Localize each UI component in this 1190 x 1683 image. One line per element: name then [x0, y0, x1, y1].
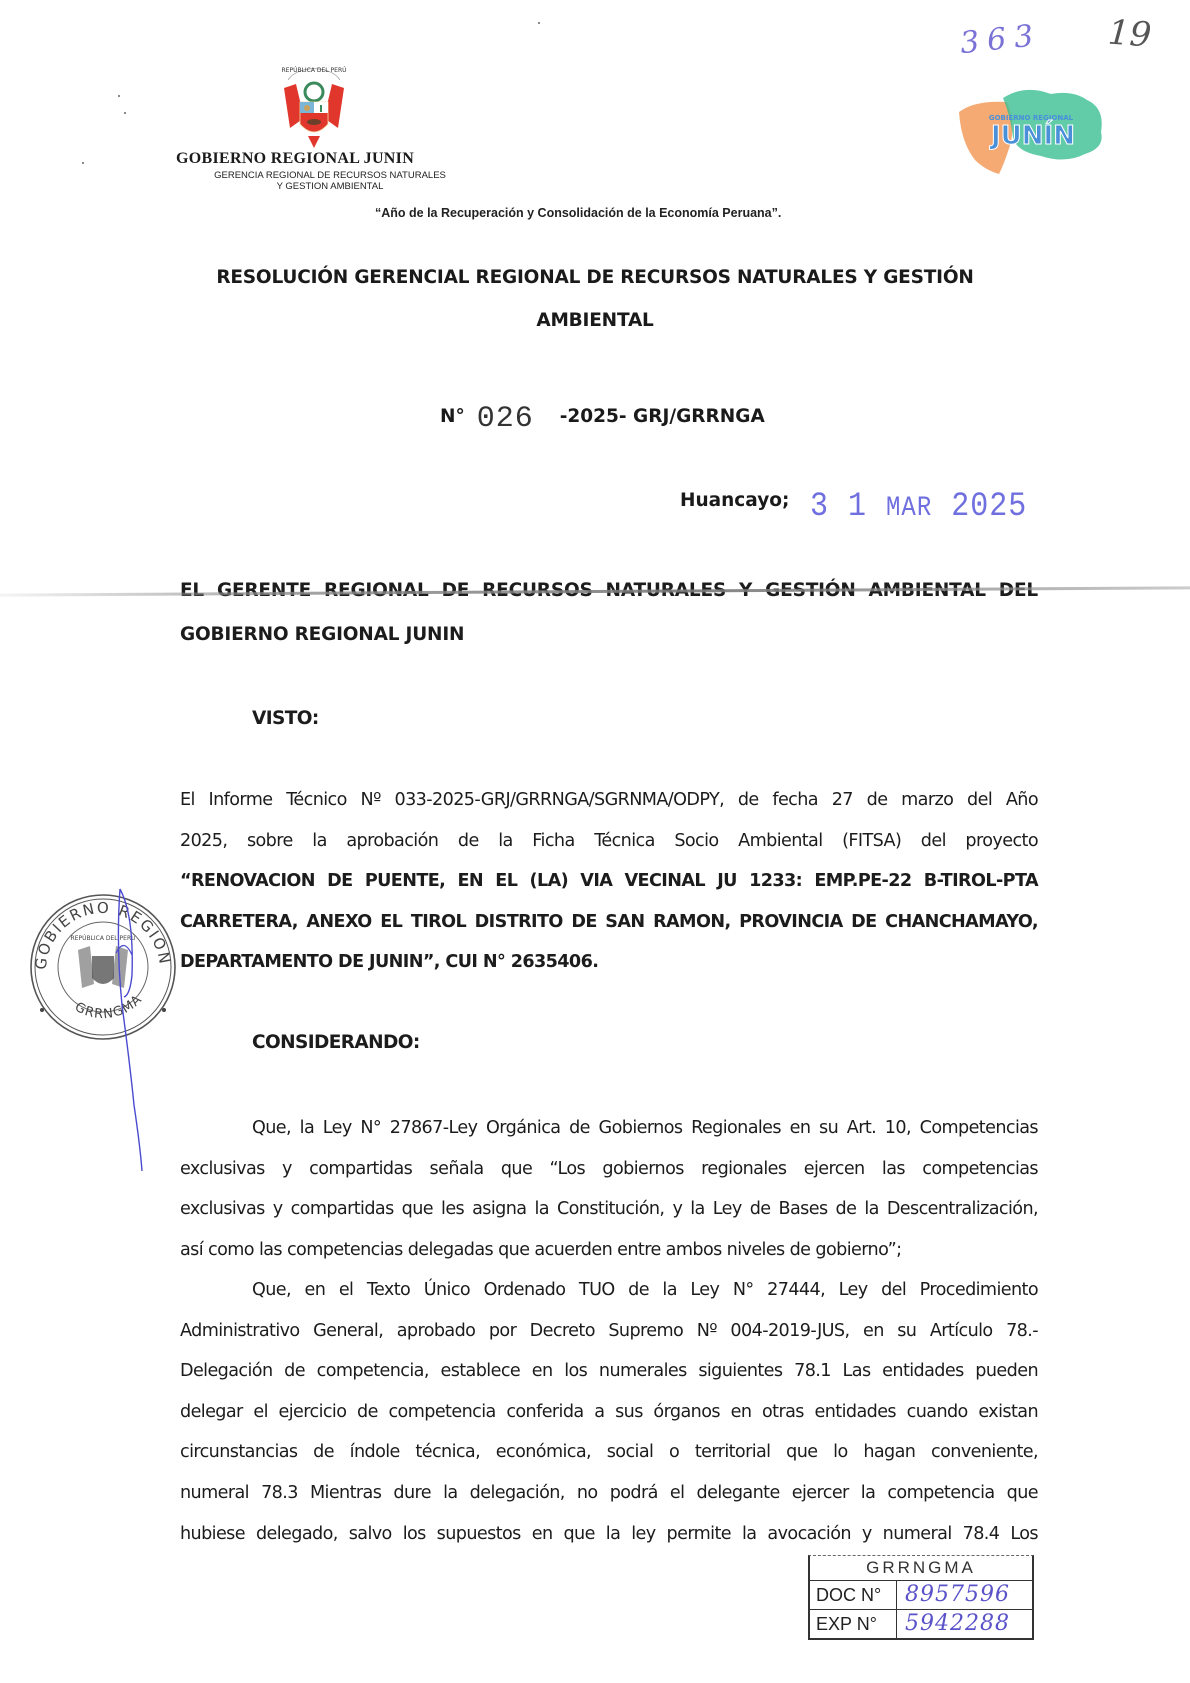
visto-paragraph: El Informe Técnico Nº 033-2025-GRJ/GRRNG…	[180, 780, 1038, 983]
junin-region-logo: GOBIERNO REGIONAL JUNÍN	[955, 82, 1115, 182]
considerando-heading: CONSIDERANDO:	[252, 1032, 420, 1053]
exp-number-value: 5942288	[897, 1610, 1032, 1638]
resolution-number-stamp: 026	[477, 402, 534, 436]
registry-stamp-office: GRRNGMA	[810, 1556, 1032, 1581]
date-year: 2025	[951, 487, 1027, 526]
handwritten-folio-number: 363	[958, 18, 1042, 61]
visto-line-project: “RENOVACION DE PUENTE, EN EL (LA) VIA VE…	[180, 861, 1038, 902]
official-seal-icon: GOBIERNO REGIONAL JUNIN GRRNGMA REPÚBLIC…	[28, 892, 178, 1042]
considerando-line: Administrativo General, aprobado por Dec…	[180, 1311, 1038, 1352]
considerando-line: exclusivas y compartidas señala que “Los…	[180, 1149, 1038, 1190]
considerando-line: así como las competencias delegadas que …	[180, 1230, 1038, 1271]
date-day: 3 1	[810, 487, 867, 526]
resolution-number: N°026-2025- GRJ/GRRNGA	[440, 398, 765, 432]
scan-speck	[82, 162, 84, 164]
scan-speck	[124, 112, 126, 114]
handwritten-page-number: 19	[1107, 13, 1153, 56]
date-month: MAR	[886, 493, 932, 524]
resolution-title-line-2: AMBIENTAL	[0, 310, 1190, 331]
exp-number-label: EXP N°	[810, 1610, 897, 1638]
signature-pen-stroke	[112, 885, 152, 1175]
registry-stamp-doc-row: DOC N° 8957596	[810, 1581, 1032, 1610]
registry-stamp-exp-row: EXP N° 5942288	[810, 1610, 1032, 1638]
visto-line: 2025, sobre la aprobación de la Ficha Té…	[180, 821, 1038, 862]
svg-text:REPÚBLICA DEL PERÚ: REPÚBLICA DEL PERÚ	[281, 67, 346, 74]
considerando-line: numeral 78.3 Mientras dure la delegación…	[180, 1473, 1038, 1514]
considerando-line: delegar el ejercicio de competencia conf…	[180, 1392, 1038, 1433]
organization-name: GOBIERNO REGIONAL JUNIN	[176, 150, 476, 168]
date-stamp: 3 1 MAR 2025	[810, 487, 1027, 526]
considerando-line: hubiese delegado, salvo los supuestos en…	[180, 1514, 1038, 1555]
issuer-line-2: GOBIERNO REGIONAL JUNIN	[180, 624, 464, 645]
doc-number-value: 8957596	[897, 1581, 1032, 1609]
considerando-line: exclusivas y compartidas que les asigna …	[180, 1189, 1038, 1230]
department-line-2: Y GESTION AMBIENTAL	[200, 181, 460, 192]
registry-stamp: GRRNGMA DOC N° 8957596 EXP N° 5942288	[808, 1555, 1034, 1640]
city-label: Huancayo;	[680, 490, 789, 511]
department-name: GERENCIA REGIONAL DE RECURSOS NATURALES …	[200, 170, 460, 192]
resolution-number-suffix: -2025- GRJ/GRRNGA	[560, 406, 765, 427]
scan-speck	[538, 22, 540, 24]
considerando-line: Que, en el Texto Único Ordenado TUO de l…	[180, 1270, 1038, 1311]
peru-coat-of-arms-icon: REPÚBLICA DEL PERÚ	[278, 58, 350, 154]
visto-line: El Informe Técnico Nº 033-2025-GRJ/GRRNG…	[180, 780, 1038, 821]
scan-speck	[118, 95, 120, 97]
considerando-paragraph-1: Que, la Ley N° 27867-Ley Orgánica de Gob…	[180, 1108, 1038, 1270]
considerando-line: Delegación de competencia, establece en …	[180, 1351, 1038, 1392]
considerando-line: Que, la Ley N° 27867-Ley Orgánica de Gob…	[180, 1108, 1038, 1149]
department-line-1: GERENCIA REGIONAL DE RECURSOS NATURALES	[200, 170, 460, 181]
visto-line-project: CARRETERA, ANEXO EL TIROL DISTRITO DE SA…	[180, 902, 1038, 943]
svg-text:JUNÍN: JUNÍN	[989, 119, 1075, 151]
visto-heading: VISTO:	[252, 708, 319, 729]
year-motto: “Año de la Recuperación y Consolidación …	[375, 206, 781, 220]
visto-line-project: DEPARTAMENTO DE JUNIN”, CUI N° 2635406.	[180, 942, 1038, 983]
considerando-paragraph-2: Que, en el Texto Único Ordenado TUO de l…	[180, 1270, 1038, 1554]
doc-number-label: DOC N°	[810, 1581, 897, 1609]
resolution-number-prefix: N°	[440, 406, 465, 427]
resolution-title-line-1: RESOLUCIÓN GERENCIAL REGIONAL DE RECURSO…	[0, 267, 1190, 288]
considerando-line: circunstancias de índole técnica, económ…	[180, 1432, 1038, 1473]
